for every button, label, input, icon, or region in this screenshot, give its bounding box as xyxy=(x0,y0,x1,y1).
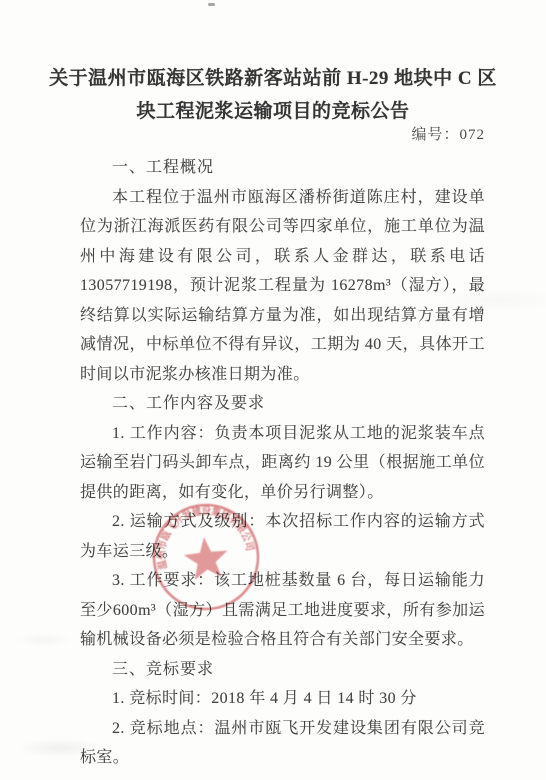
document-title-line2: 块工程泥浆运输项目的竞标公告 xyxy=(40,95,506,128)
paragraph-transport-mode: 2. 运输方式及级别：本次招标工作内容的运输方式为车运三级。 xyxy=(80,507,485,566)
paragraph-work-content: 1. 工作内容：负责本项目泥浆从工地的泥浆装车点运输至岩门码头卸车点，距离约 1… xyxy=(80,419,485,508)
document-body: 一、工程概况 本工程位于温州市瓯海区潘桥街道陈庄村，建设单位为浙江海派医药有限公… xyxy=(80,153,485,773)
scan-artifact xyxy=(208,3,215,6)
paragraph-bid-time: 1. 竞标时间：2018 年 4 月 4 日 14 时 30 分 xyxy=(80,684,485,714)
document-title: 关于温州市瓯海区铁路新客站站前 H-29 地块中 C 区 块工程泥浆运输项目的竞… xyxy=(40,62,506,128)
section-heading-bid-requirements: 三、竞标要求 xyxy=(80,655,485,685)
paragraph-bid-location: 2. 竞标地点：温州市瓯飞开发建设集团有限公司竞标室。 xyxy=(80,714,485,773)
document-number: 编号：072 xyxy=(411,125,485,145)
paragraph-work-requirements: 3. 工作要求：该工地桩基数量 6 台，每日运输能力至少600m³（湿方）且需满… xyxy=(80,566,485,655)
section-heading-work-content: 二、工作内容及要求 xyxy=(80,389,485,419)
scanned-document-page: 关于温州市瓯海区铁路新客站站前 H-29 地块中 C 区 块工程泥浆运输项目的竞… xyxy=(0,0,546,780)
paragraph-project-overview: 本工程位于温州市瓯海区潘桥街道陈庄村，建设单位为浙江海派医药有限公司等四家单位，… xyxy=(80,183,485,390)
document-title-line1: 关于温州市瓯海区铁路新客站站前 H-29 地块中 C 区 xyxy=(40,62,506,95)
section-heading-project-overview: 一、工程概况 xyxy=(80,153,485,183)
